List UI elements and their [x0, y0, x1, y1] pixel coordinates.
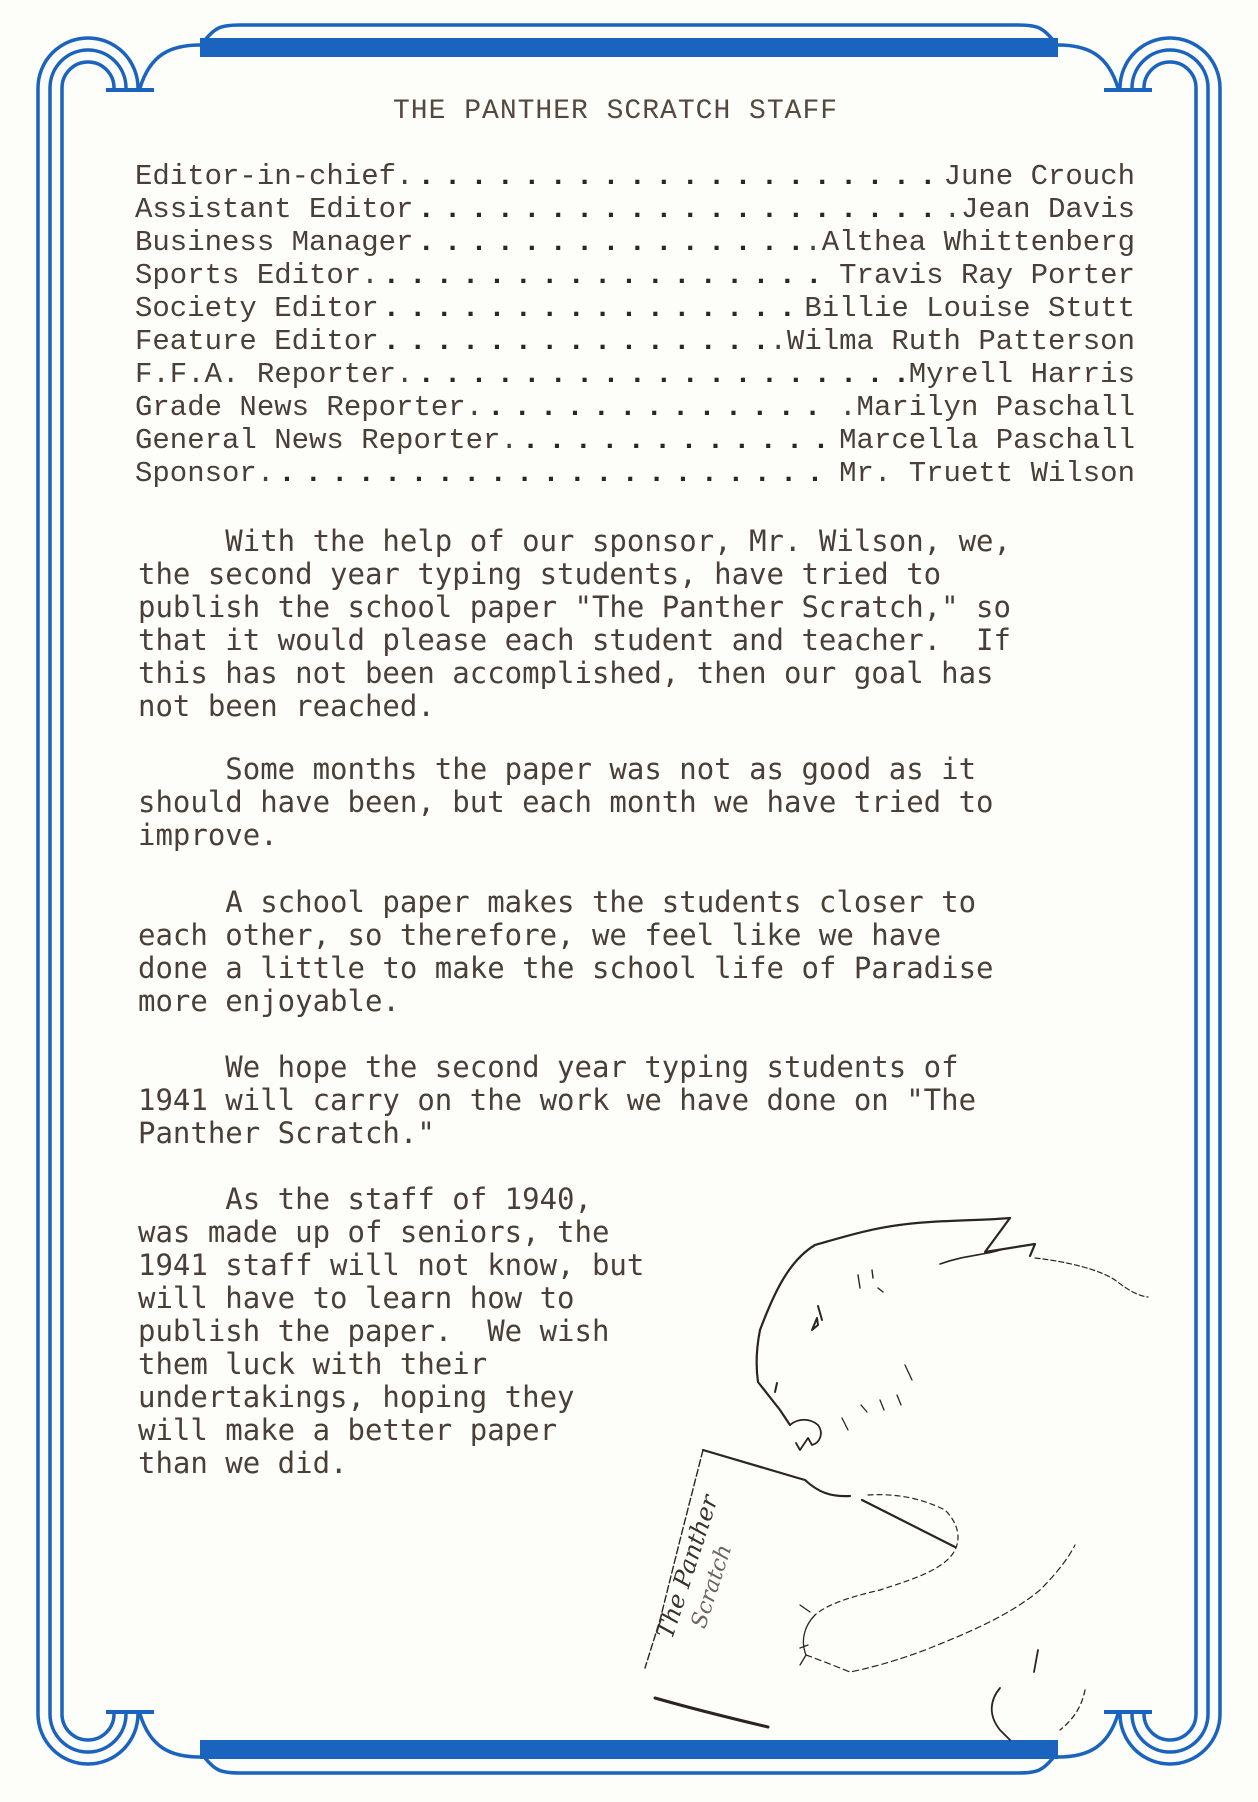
panther-eye [812, 1306, 822, 1330]
newspaper-outline [703, 1450, 850, 1496]
panther-head-outline [760, 1218, 1035, 1330]
panther-illustration: The Panther Scratch [0, 0, 1258, 1802]
panther-mouth [790, 1420, 821, 1450]
